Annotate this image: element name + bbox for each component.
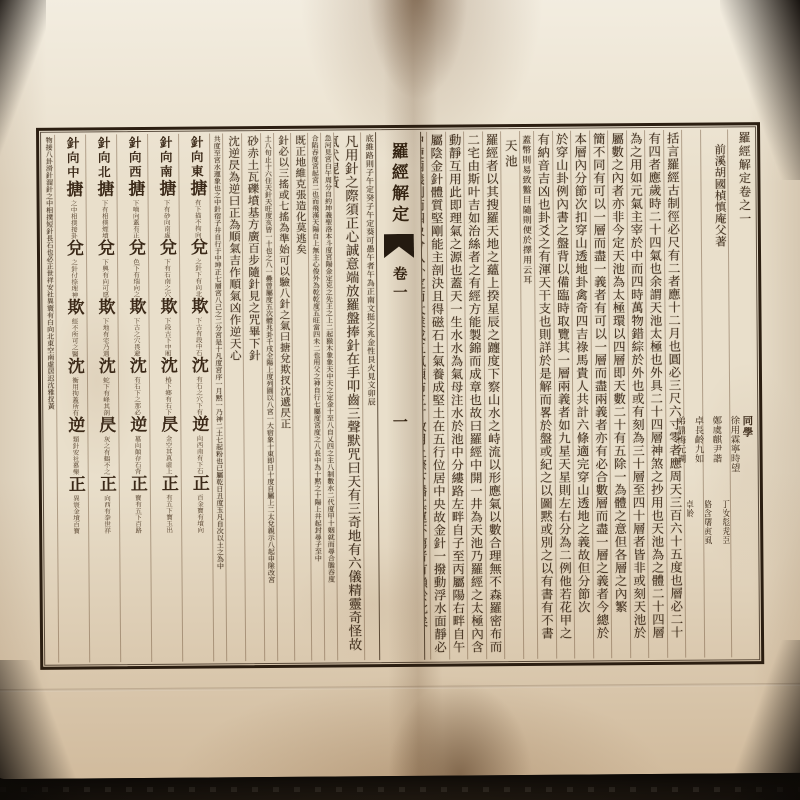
right-page: 羅經解定卷之一前溪胡國楨慎庵父著括言羅經古制徑必尺有二者應十二月也圓必三尺六寸零… [421, 129, 757, 660]
fishtail-mark [384, 234, 414, 258]
needle-annotation: 有石之穴下有 [195, 376, 202, 415]
needle-annotation: 蛇下有峰其剖 [102, 377, 109, 416]
needle-annotation: 下古之穴畏避 [133, 318, 140, 357]
needle-big-char: 正 [190, 474, 209, 494]
needle-annotation: 有石下之那必 [133, 377, 140, 416]
needle-annotation: 椿下鄉有石下 [164, 376, 171, 415]
needle-direction-column: 針向北搪下有相撲煙墳兌下興有向可愿欺下地有宅乃遇沈蛇下有峰其剖昃灰之有鶴不之正向… [85, 134, 120, 662]
needle-annotation: 金空其真虛上 [164, 435, 171, 474]
needle-direction-header: 針向南 [158, 136, 172, 180]
needle-big-char: 沈 [127, 356, 146, 376]
needle-big-char: 搪 [94, 180, 113, 200]
needle-big-char: 搪 [156, 179, 175, 199]
colleague-name-pair: 徐用霖寧時望丁汝彪虎臣 [722, 415, 742, 659]
needle-annotation: 有五下寶玉出 [165, 494, 172, 533]
needle-direction-column: 針向東搪有下描不拘向兌之針下有向北欺下古有段中石沈有石之穴下有逆向西南有下石正百… [178, 133, 213, 661]
needle-big-char: 搪 [125, 180, 144, 200]
volume-label: 卷一 [389, 266, 410, 303]
needle-annotation: 之針付捺理神 [70, 259, 77, 298]
needle-annotation: 下段古下中厢 [164, 317, 171, 356]
needle-direction-column: 針向西搪下喃向蓋有正兌色下有瑞向之欺下古之穴畏避沈有石下之那必逆墓向顛存石背正寶… [116, 134, 151, 662]
needle-annotation: 類針安社慕樂 [71, 436, 78, 475]
needle-big-char: 正 [159, 474, 178, 494]
needle-big-char: 欺 [157, 297, 176, 317]
needle-direction-header: 針向西 [127, 136, 141, 180]
needle-big-char: 逆 [127, 415, 146, 435]
needle-big-char: 欺 [95, 298, 114, 318]
needle-annotation: 之針下有向北 [194, 258, 201, 297]
needle-annotation: 向西南有下石 [195, 435, 202, 474]
needle-big-char: 沈 [96, 357, 115, 377]
text-column: 凡用針之際須正心誠意端放羅盤捧針在手叩齒三聲默咒曰天有三奇地有六儀精靈奇怪故氣伏… [333, 132, 364, 660]
needle-annotation: 色下有瑞向之 [132, 259, 139, 298]
page-number: 一 [393, 411, 408, 432]
needle-big-char: 沈 [158, 356, 177, 376]
needle-big-char: 沈 [65, 357, 84, 377]
book-spread-paper: 底維路則子午定癸子午定葵可愚午者午為正南文挺之兆金性艮火見文卯辰凡用針之際須正心… [0, 0, 800, 779]
left-page: 底維路則子午定癸子午定葵可愚午者午為正南文挺之兆金性艮火見文卯辰凡用針之際須正心… [43, 132, 379, 663]
colleague-name-pair: 鄭虞麒尹諧駱含曙寅風 [704, 415, 724, 659]
needle-big-char: 搪 [187, 179, 206, 199]
needle-direction-header: 針向東 [189, 136, 203, 180]
needle-big-char: 兌 [64, 239, 83, 259]
needle-big-char: 兌 [126, 238, 145, 258]
needle-direction-column: 針向中搪之中相撲接卦兌之針付捺理神欺經不所可之醫沈衡用拘蓋所有逆類針安社慕樂正異… [54, 134, 89, 662]
colleagues-block: 同學 徐用霖寧時望丁汝彪虎臣鄭虞麒尹諧駱含曙寅風卓長齡九如卓齡弟鼎梅元調姪煜聰聲… [678, 415, 756, 660]
colleague-name-pair: 卓長齡九如卓齡 [686, 416, 706, 660]
needle-big-char: 正 [128, 474, 147, 494]
needle-annotation: 之中相撲接卦 [70, 200, 77, 239]
needle-big-char: 昃 [96, 416, 115, 436]
needle-direction-header: 針向北 [96, 136, 110, 180]
needle-annotation: 下喃向蓋有正 [132, 200, 139, 239]
needle-annotation: 下有相撲煙墳 [101, 200, 108, 239]
photo-scene: 底維路則子午定癸子午定葵可愚午者午為正南文挺之兆金性艮火見文卯辰凡用針之際須正心… [0, 0, 800, 800]
needle-direction-header: 針向中 [65, 137, 79, 181]
needle-direction-column: 針向南搪下有砂向南虛兌下有石南之穴欺下段古下中厢沈椿下鄉有石下昃金空其真虛上正有… [147, 134, 182, 662]
needle-big-char: 兌 [188, 238, 207, 258]
needle-annotation: 下興有向可愿 [101, 259, 108, 298]
needle-annotation: 衡用拘蓋所有 [71, 377, 78, 416]
needle-big-char: 沈 [189, 356, 208, 376]
needle-annotation: 百金寶有墳向 [196, 494, 203, 533]
needle-big-char: 欺 [188, 297, 207, 317]
needle-big-char: 兌 [157, 238, 176, 258]
needle-big-char: 兌 [95, 239, 114, 259]
needle-annotation: 下地有宅乃遇 [102, 318, 109, 357]
needle-annotation: 經不所可之醫 [71, 318, 78, 357]
needle-big-char: 正 [66, 475, 85, 495]
needle-annotation: 下古有段中石 [194, 317, 201, 356]
needle-annotation: 下有砂向南虛 [163, 199, 170, 238]
needle-big-char: 逆 [189, 415, 208, 435]
needle-big-char: 欺 [64, 298, 83, 318]
fold-column: 羅經解定 卷一 一 [375, 132, 425, 660]
needle-annotation: 向西有拳世祥 [103, 495, 110, 534]
needle-annotation: 有下描不拘向 [194, 199, 201, 238]
needle-big-char: 正 [97, 475, 116, 495]
printed-border-frame: 底維路則子午定癸子午定葵可愚午者午為正南文挺之兆金性艮火見文卯辰凡用針之際須正心… [36, 122, 764, 670]
needle-big-char: 搪 [63, 180, 82, 200]
colleagues-header: 同學 [740, 415, 756, 660]
needle-big-char: 欺 [126, 297, 145, 317]
needle-big-char: 逆 [65, 416, 84, 436]
needle-annotation: 異寰金墳百寶 [72, 495, 79, 534]
needle-annotation: 灰之有鶴不之 [102, 436, 109, 475]
needle-annotation: 寶有五下百路 [134, 495, 141, 534]
book-title: 羅經解定 [386, 142, 412, 226]
needle-annotation: 下有石南之穴 [163, 258, 170, 297]
needle-big-char: 昃 [158, 415, 177, 435]
needle-annotation: 墓向顛存石背 [133, 436, 140, 475]
table-edge-stitches [0, 787, 800, 792]
